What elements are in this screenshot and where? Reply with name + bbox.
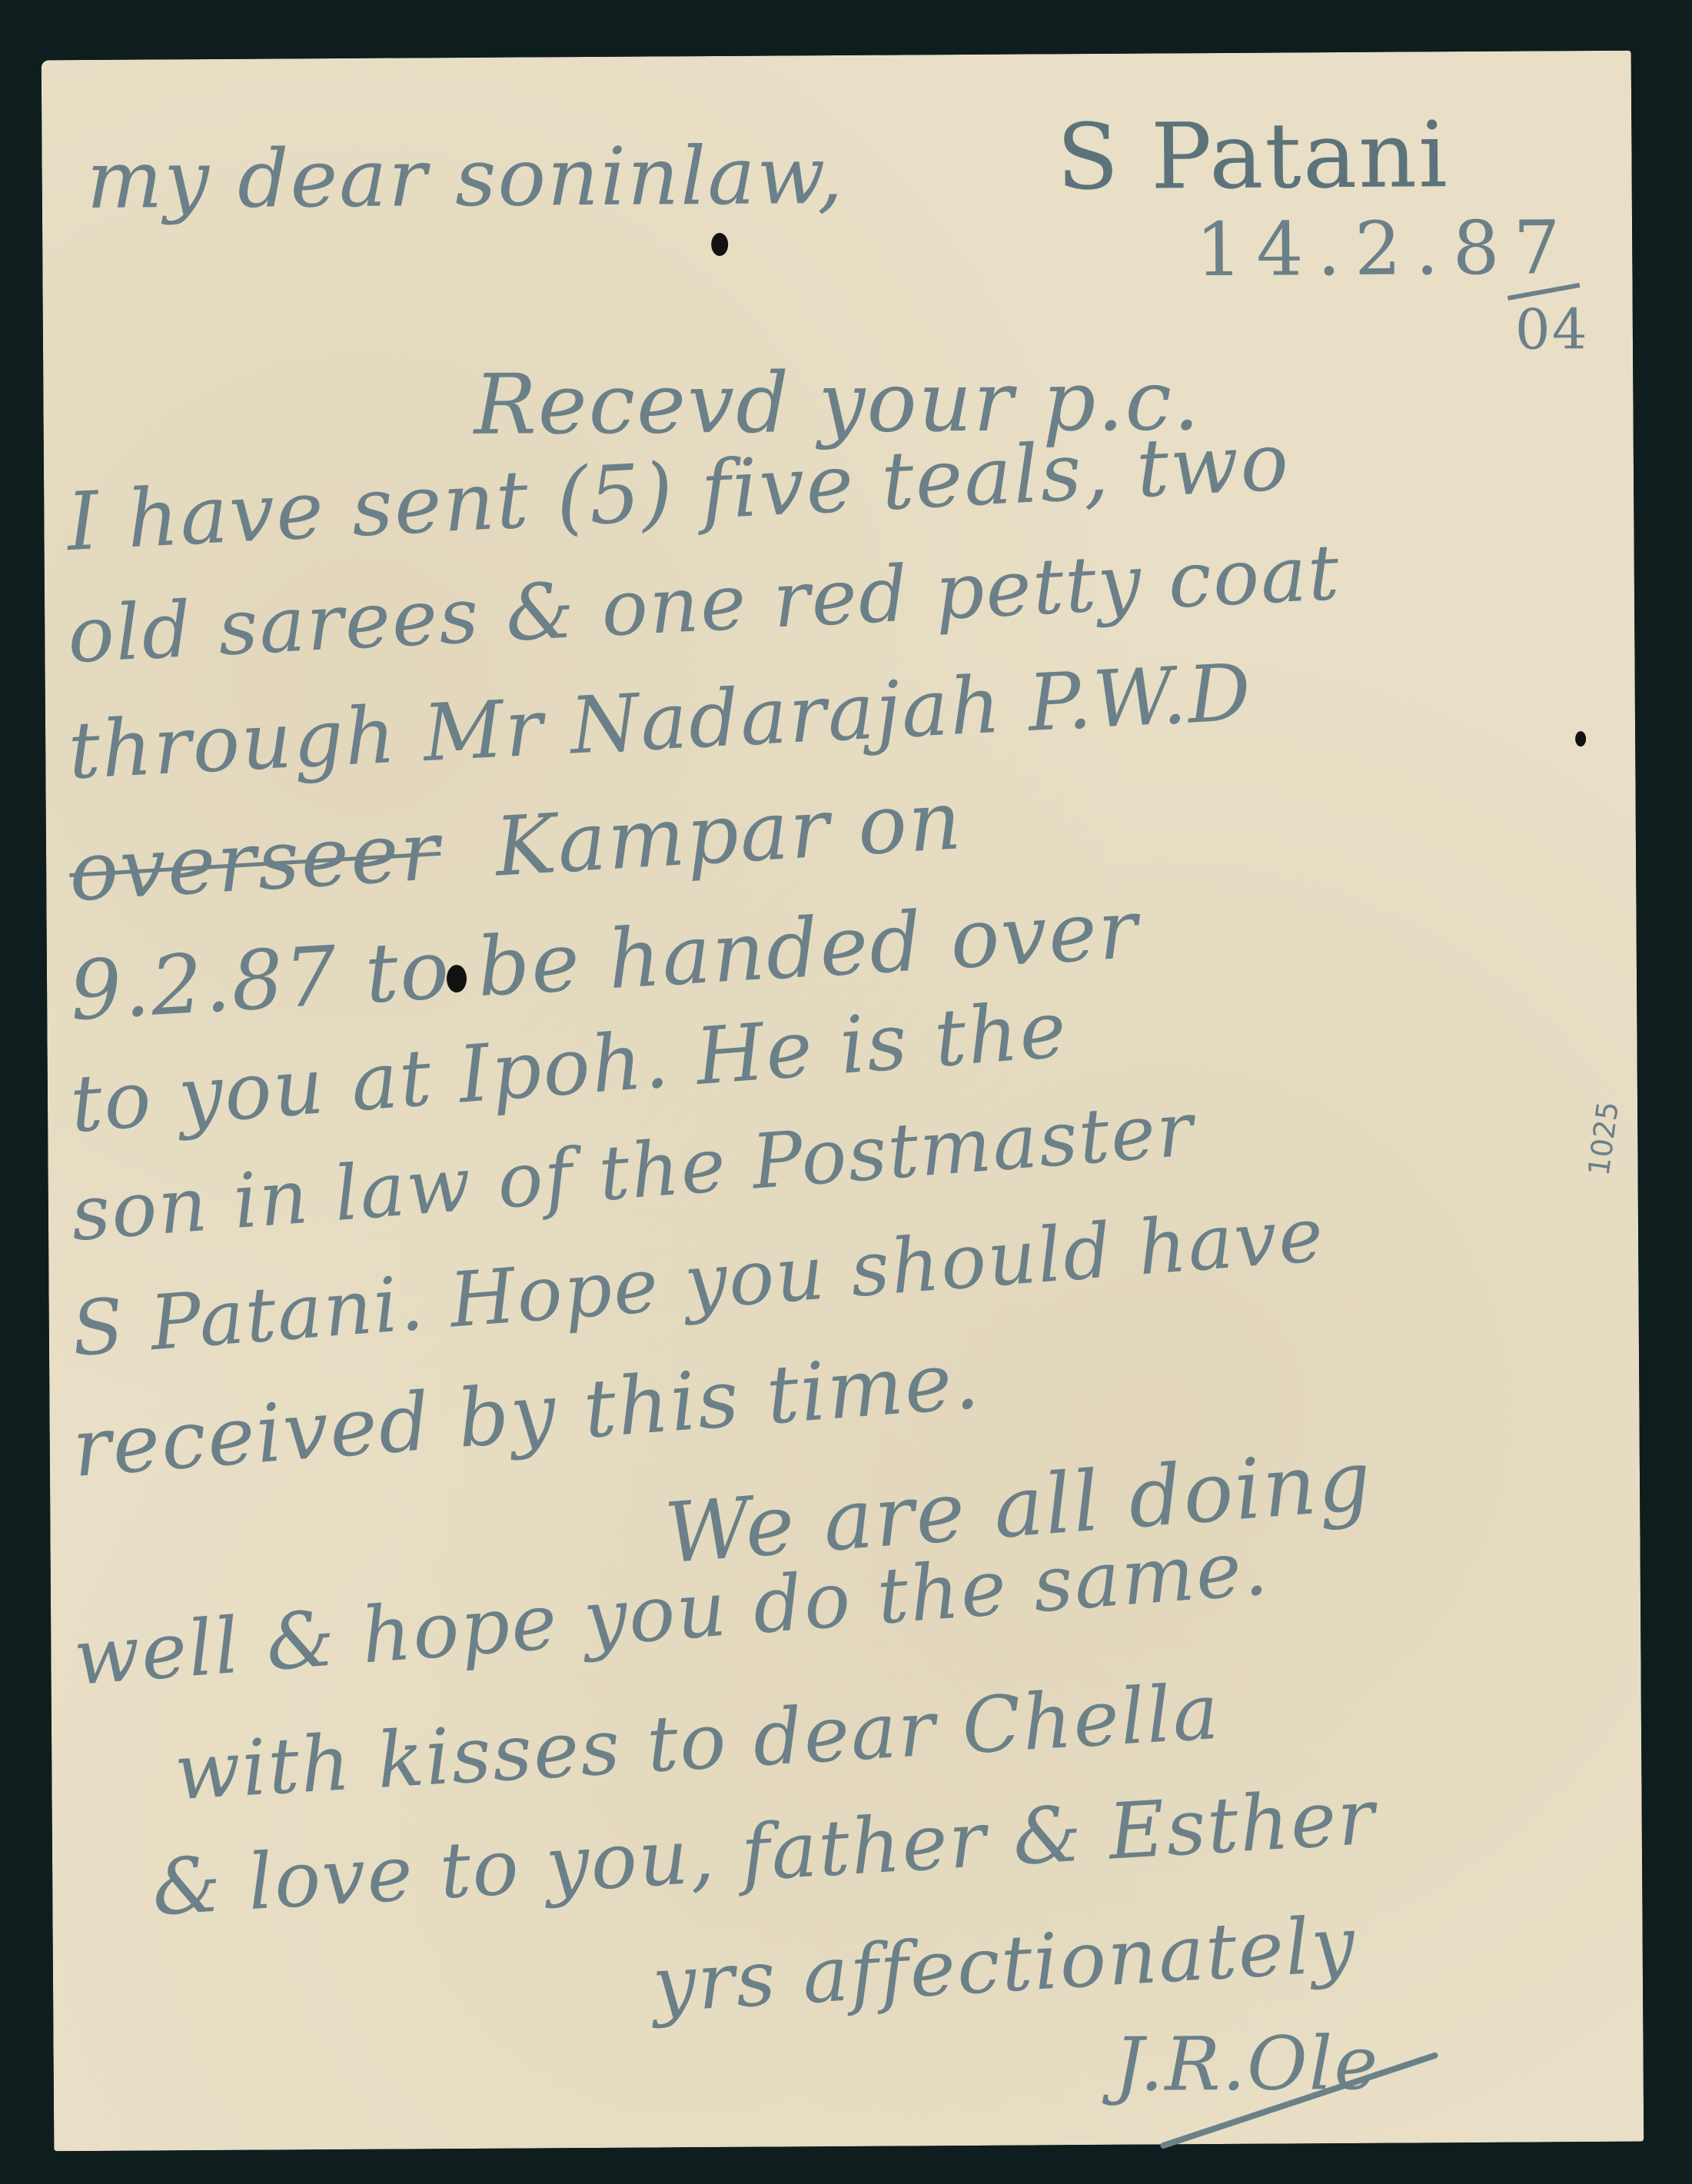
postcard: my dear soninlaw, S Patani 14.2.87 04 Re… (42, 51, 1644, 2152)
date: 14.2.87 (1195, 204, 1574, 293)
valediction: yrs affectionately (650, 1899, 1359, 2029)
struck-word: overseer (67, 803, 444, 919)
punch-hole (711, 233, 728, 256)
body-line-5-rest: Kampar on (465, 773, 965, 896)
punch-hole (1575, 731, 1586, 746)
body-line-5: overseer Kampar on (67, 773, 966, 919)
margin-number: 1025 (1582, 1099, 1625, 1178)
place-name: S Patani (1056, 101, 1449, 210)
signature: J.R.Ole (1114, 2020, 1379, 2108)
fraction-denominator: 04 (1515, 297, 1589, 362)
punch-hole (447, 965, 467, 992)
salutation: my dear soninlaw, (86, 128, 844, 227)
